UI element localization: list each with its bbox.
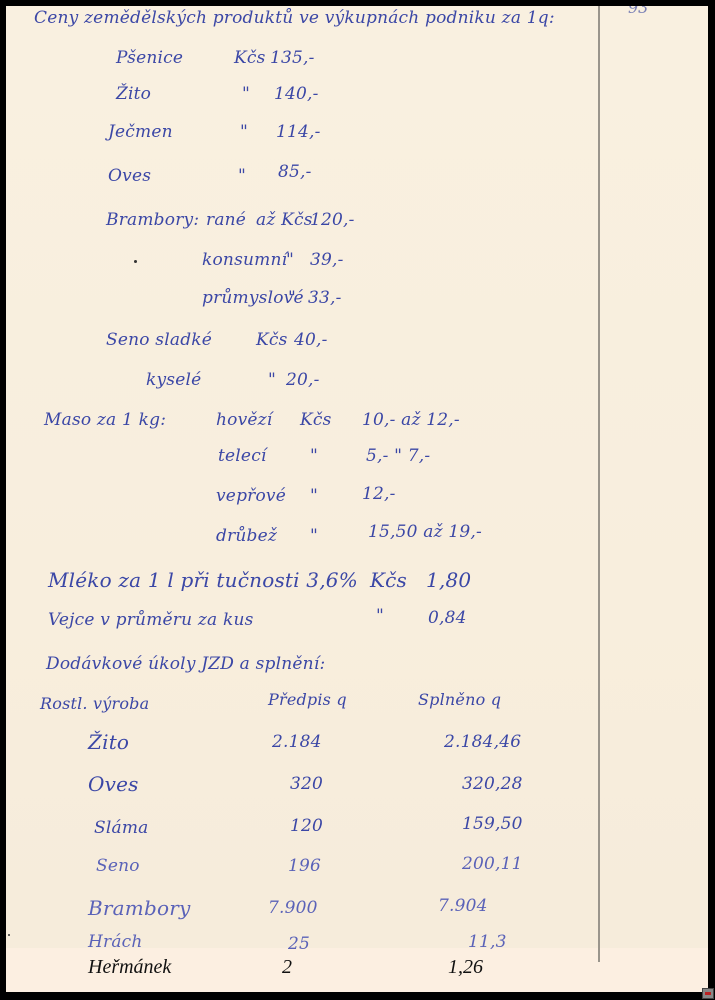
row-item: Brambory bbox=[88, 896, 190, 920]
potato-unit: " bbox=[288, 288, 296, 308]
potato-kind: rané bbox=[206, 210, 246, 230]
page-heading: Ceny zemědělských produktů ve výkupnách … bbox=[34, 8, 555, 28]
milk-unit: Kčs bbox=[370, 568, 407, 592]
row-fulfilled: 159,50 bbox=[462, 814, 523, 834]
meat-name: drůbež bbox=[216, 526, 277, 546]
typed-row-quota: 2 bbox=[282, 956, 292, 979]
row-quota: 196 bbox=[288, 856, 321, 876]
typed-row-item: Heřmánek bbox=[88, 956, 171, 979]
row-quota: 25 bbox=[288, 934, 310, 954]
crop-unit: " bbox=[240, 122, 248, 142]
meat-unit: " bbox=[310, 526, 318, 546]
table-header-item: Rostl. výroba bbox=[40, 694, 149, 713]
crop-price: 85,- bbox=[278, 162, 312, 182]
row-quota: 320 bbox=[290, 774, 323, 794]
eggs-price: 0,84 bbox=[428, 608, 467, 628]
resize-handle-icon[interactable] bbox=[702, 988, 714, 999]
crop-price: 135,- bbox=[270, 48, 315, 68]
crop-unit: " bbox=[242, 84, 250, 104]
row-quota: 120 bbox=[290, 816, 323, 836]
page-number: 93 bbox=[628, 6, 648, 17]
hay-name: Seno sladké bbox=[106, 330, 212, 350]
potato-price: 120,- bbox=[310, 210, 355, 230]
hay-price: 40,- bbox=[294, 330, 328, 350]
crop-price: 140,- bbox=[274, 84, 319, 104]
row-item: Žito bbox=[88, 730, 129, 754]
meat-price: 10,- až 12,- bbox=[362, 410, 460, 430]
row-item: Seno bbox=[96, 856, 140, 876]
row-quota: 2.184 bbox=[272, 732, 322, 752]
meat-price: 15,50 až 19,- bbox=[368, 522, 482, 542]
row-item: Oves bbox=[88, 772, 139, 796]
meat-price: 5,- " 7,- bbox=[366, 446, 430, 466]
row-fulfilled: 320,28 bbox=[462, 774, 523, 794]
row-fulfilled: 11,3 bbox=[468, 932, 507, 952]
delivery-heading: Dodávkové úkoly JZD a splnění: bbox=[46, 654, 325, 674]
stray-mark bbox=[8, 934, 10, 936]
row-item: Sláma bbox=[94, 818, 148, 838]
crop-name: Ječmen bbox=[108, 122, 173, 142]
crop-price: 114,- bbox=[276, 122, 321, 142]
eggs-label: Vejce v průměru za kus bbox=[48, 610, 254, 630]
meat-name: telecí bbox=[218, 446, 267, 466]
hay-name: kyselé bbox=[146, 370, 201, 390]
row-fulfilled: 200,11 bbox=[462, 854, 523, 874]
potatoes-label: Brambory: bbox=[106, 210, 199, 230]
crop-unit: Kčs bbox=[234, 48, 266, 68]
hay-unit: Kčs bbox=[256, 330, 288, 350]
milk-price: 1,80 bbox=[426, 568, 471, 592]
meat-unit: Kčs bbox=[300, 410, 332, 430]
hay-price: 20,- bbox=[286, 370, 320, 390]
potato-unit: " bbox=[286, 250, 294, 270]
row-quota: 7.900 bbox=[268, 898, 318, 918]
potato-price: 33,- bbox=[308, 288, 342, 308]
row-item: Hrách bbox=[88, 932, 143, 952]
potato-price: 39,- bbox=[310, 250, 344, 270]
crop-name: Oves bbox=[108, 166, 151, 186]
meat-label: Maso za 1 kg: bbox=[44, 410, 166, 430]
hay-unit: " bbox=[268, 370, 276, 390]
stray-mark bbox=[134, 260, 137, 263]
meat-unit: " bbox=[310, 486, 318, 506]
document-page: 93 Ceny zemědělských produktů ve výkupná… bbox=[6, 6, 708, 992]
meat-name: hovězí bbox=[216, 410, 272, 430]
potato-kind: konsumní bbox=[202, 250, 287, 270]
potato-unit: až Kčs bbox=[256, 210, 313, 230]
table-header-fulfilled: Splněno q bbox=[418, 690, 501, 709]
eggs-unit: " bbox=[376, 606, 384, 626]
crop-name: Pšenice bbox=[116, 48, 183, 68]
meat-unit: " bbox=[310, 446, 318, 466]
table-header-quota: Předpis q bbox=[268, 690, 347, 709]
crop-unit: " bbox=[238, 166, 246, 186]
row-fulfilled: 7.904 bbox=[438, 896, 488, 916]
meat-name: vepřové bbox=[216, 486, 286, 506]
meat-price: 12,- bbox=[362, 484, 396, 504]
row-fulfilled: 2.184,46 bbox=[444, 732, 521, 752]
typed-row-fulfilled: 1,26 bbox=[448, 956, 483, 979]
crop-name: Žito bbox=[116, 84, 151, 104]
milk-label: Mléko za 1 l při tučnosti 3,6% bbox=[48, 568, 358, 592]
margin-line bbox=[598, 6, 600, 962]
